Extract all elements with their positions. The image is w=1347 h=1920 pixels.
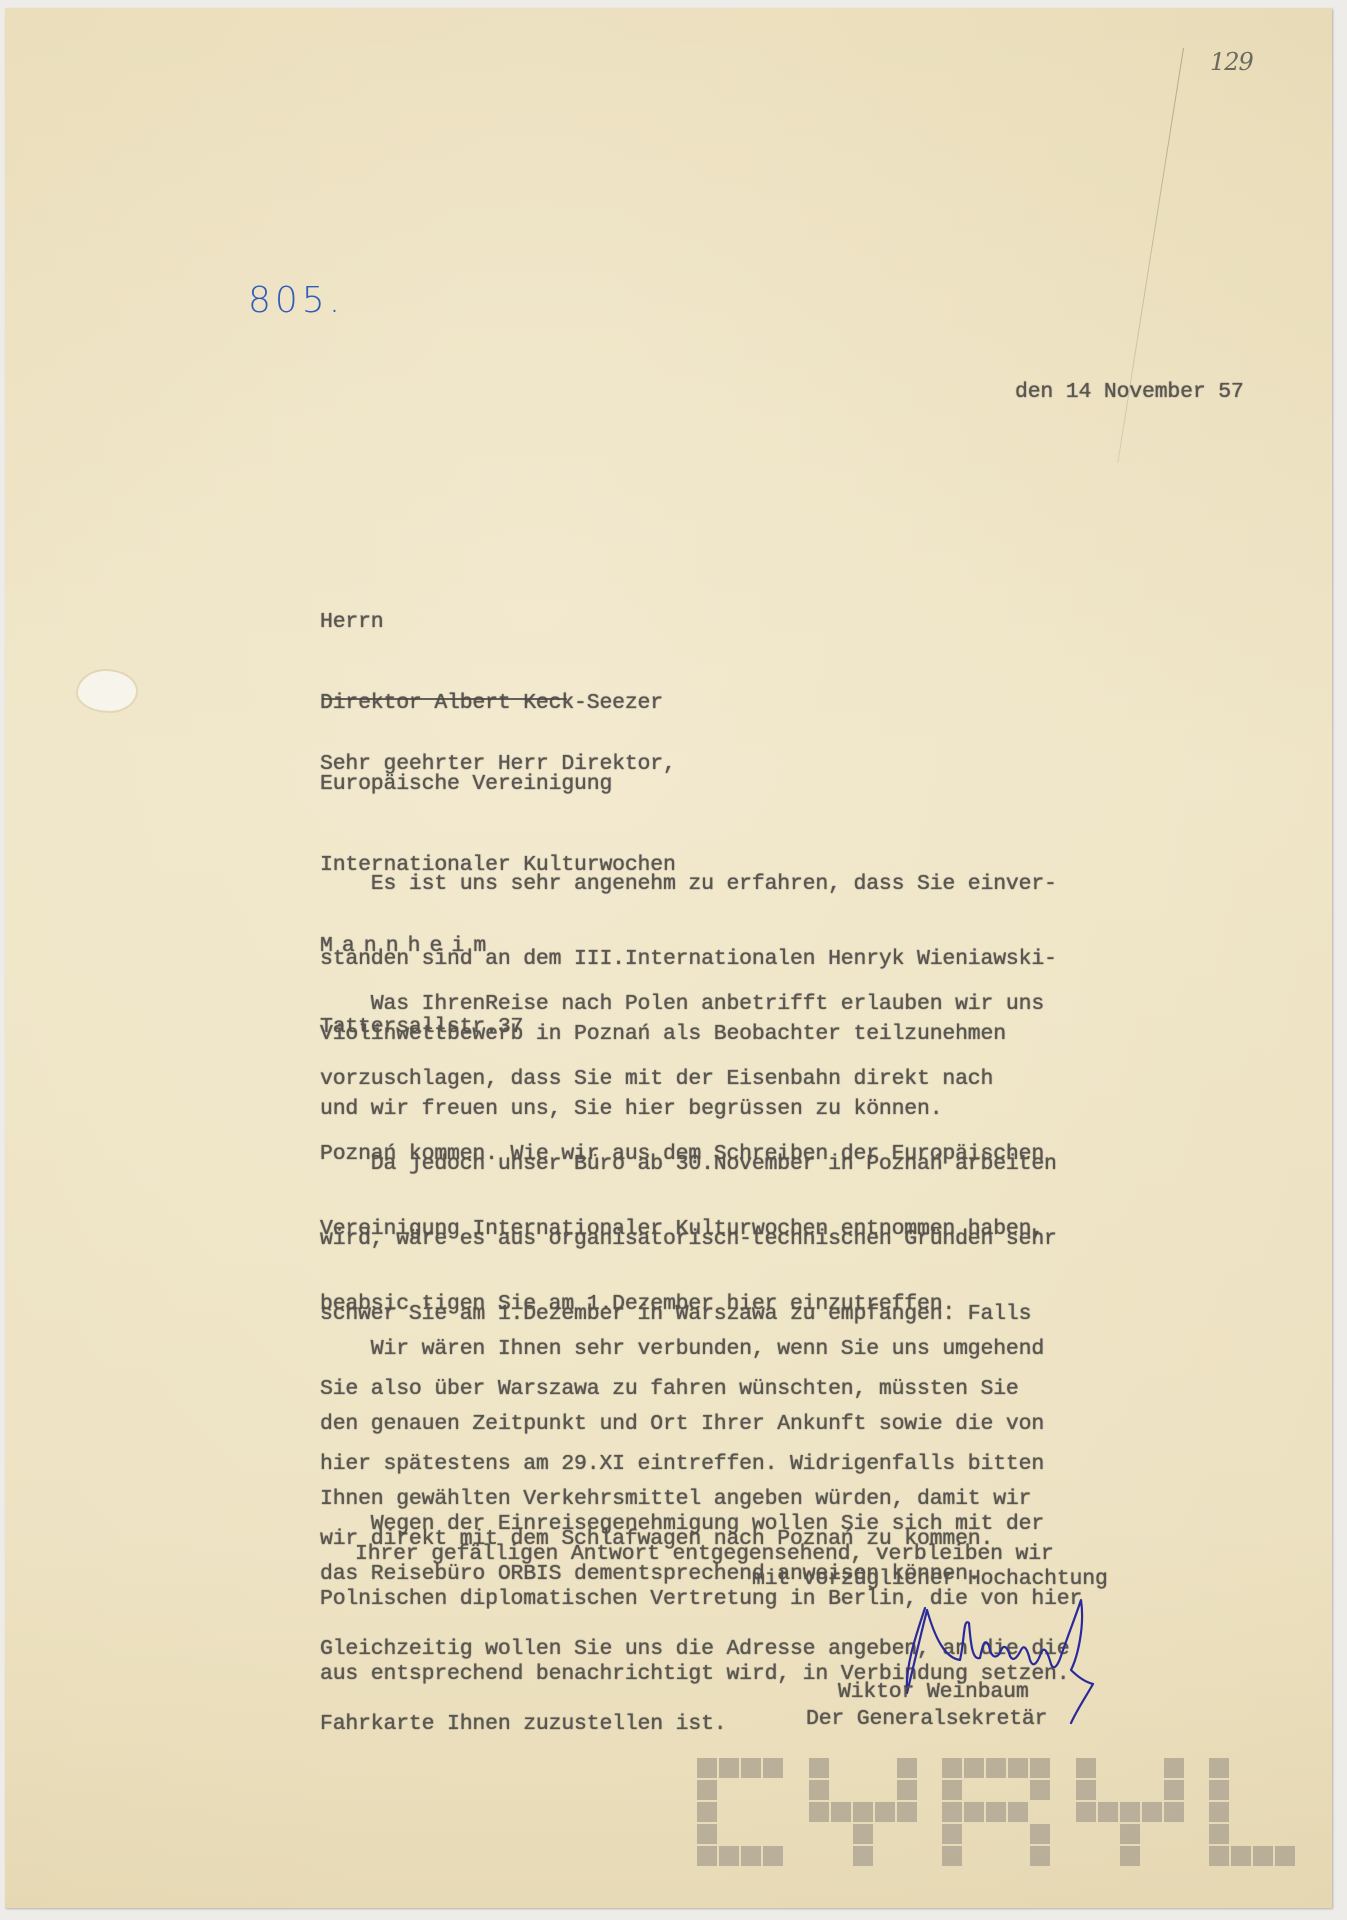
text-line: vorzuschlagen, dass Sie mit der Eisenbah… xyxy=(320,1067,1044,1092)
watermark-block xyxy=(964,1758,984,1778)
salutation: Sehr geehrter Herr Direktor, xyxy=(320,752,676,777)
watermark-block xyxy=(809,1758,829,1778)
watermark-block xyxy=(1209,1824,1229,1844)
watermark-block xyxy=(853,1846,873,1866)
watermark-block xyxy=(1164,1802,1184,1822)
watermark-block xyxy=(942,1780,962,1800)
watermark-block xyxy=(942,1802,962,1822)
punch-hole xyxy=(78,671,136,711)
text-line: Wir wären Ihnen sehr verbunden, wenn Sie… xyxy=(320,1337,1069,1362)
watermark-block xyxy=(1008,1802,1028,1822)
watermark-block xyxy=(809,1802,829,1822)
address-line: Herrn xyxy=(320,609,676,636)
address-line: Direktor Albert Keck-Seezer xyxy=(320,690,676,717)
watermark-block xyxy=(942,1846,962,1866)
watermark-block xyxy=(964,1802,984,1822)
watermark-block xyxy=(697,1780,717,1800)
watermark-block xyxy=(697,1802,717,1822)
watermark-block xyxy=(853,1802,873,1822)
text-line: wird, wäre es aus organisatorisch-techni… xyxy=(320,1227,1057,1252)
watermark-block xyxy=(986,1802,1006,1822)
watermark-block xyxy=(1008,1758,1028,1778)
watermark-block xyxy=(1209,1802,1229,1822)
watermark-block xyxy=(719,1846,739,1866)
watermark-block xyxy=(831,1802,851,1822)
watermark-block xyxy=(1253,1846,1273,1866)
text-line: Es ist uns sehr angenehm zu erfahren, da… xyxy=(320,872,1057,897)
watermark-block xyxy=(1164,1780,1184,1800)
watermark-block xyxy=(697,1758,717,1778)
signatory-title: Der Generalsekretär xyxy=(806,1707,1047,1732)
watermark-block xyxy=(897,1780,917,1800)
watermark-block xyxy=(1231,1846,1251,1866)
archive-reference-number: 805. xyxy=(248,280,344,321)
watermark-block xyxy=(1030,1846,1050,1866)
watermark-block xyxy=(1142,1802,1162,1822)
text-line: den genauen Zeitpunkt und Ort Ihrer Anku… xyxy=(320,1412,1069,1437)
closing-line-1: Ihrer gefälligen Antwort entgegensehend,… xyxy=(355,1542,1054,1567)
watermark-block xyxy=(719,1758,739,1778)
watermark-block xyxy=(1120,1846,1140,1866)
signatory-name: Wiktor Weinbaum xyxy=(838,1680,1029,1705)
watermark-block xyxy=(697,1846,717,1866)
city-underline xyxy=(322,698,567,700)
watermark-block xyxy=(1076,1780,1096,1800)
archive-page-number: 129 xyxy=(1210,48,1253,76)
closing-line-2: mit vorzüglicher Hochachtung xyxy=(752,1567,1108,1592)
watermark-block xyxy=(741,1758,761,1778)
watermark-block xyxy=(763,1846,783,1866)
watermark-block xyxy=(1098,1802,1118,1822)
watermark-block xyxy=(853,1824,873,1844)
watermark-block xyxy=(1120,1802,1140,1822)
watermark-block xyxy=(986,1758,1006,1778)
watermark-block xyxy=(697,1824,717,1844)
watermark-block xyxy=(875,1802,895,1822)
watermark-block xyxy=(1209,1758,1229,1778)
watermark-block xyxy=(1076,1802,1096,1822)
watermark-block xyxy=(1076,1758,1096,1778)
watermark-block xyxy=(1120,1824,1140,1844)
watermark-block xyxy=(942,1758,962,1778)
text-line: Da jedoch unser Büro ab 30.November in P… xyxy=(320,1152,1057,1177)
watermark-block xyxy=(741,1846,761,1866)
watermark-block xyxy=(1209,1780,1229,1800)
watermark-block xyxy=(942,1824,962,1844)
watermark-block xyxy=(1275,1846,1295,1866)
watermark-block xyxy=(763,1758,783,1778)
text-line: Was IhrenReise nach Polen anbetrifft erl… xyxy=(320,992,1044,1017)
watermark-block xyxy=(1164,1758,1184,1778)
watermark-block xyxy=(1030,1780,1050,1800)
text-line: Wegen der Einreisegenehmigung wollen Sie… xyxy=(320,1512,1082,1537)
watermark-block xyxy=(1030,1758,1050,1778)
watermark-block xyxy=(809,1780,829,1800)
watermark-block xyxy=(1209,1846,1229,1866)
watermark-block xyxy=(1030,1824,1050,1844)
watermark-block xyxy=(897,1758,917,1778)
watermark-block xyxy=(897,1802,917,1822)
date-line: den 14 November 57 xyxy=(1015,380,1244,405)
